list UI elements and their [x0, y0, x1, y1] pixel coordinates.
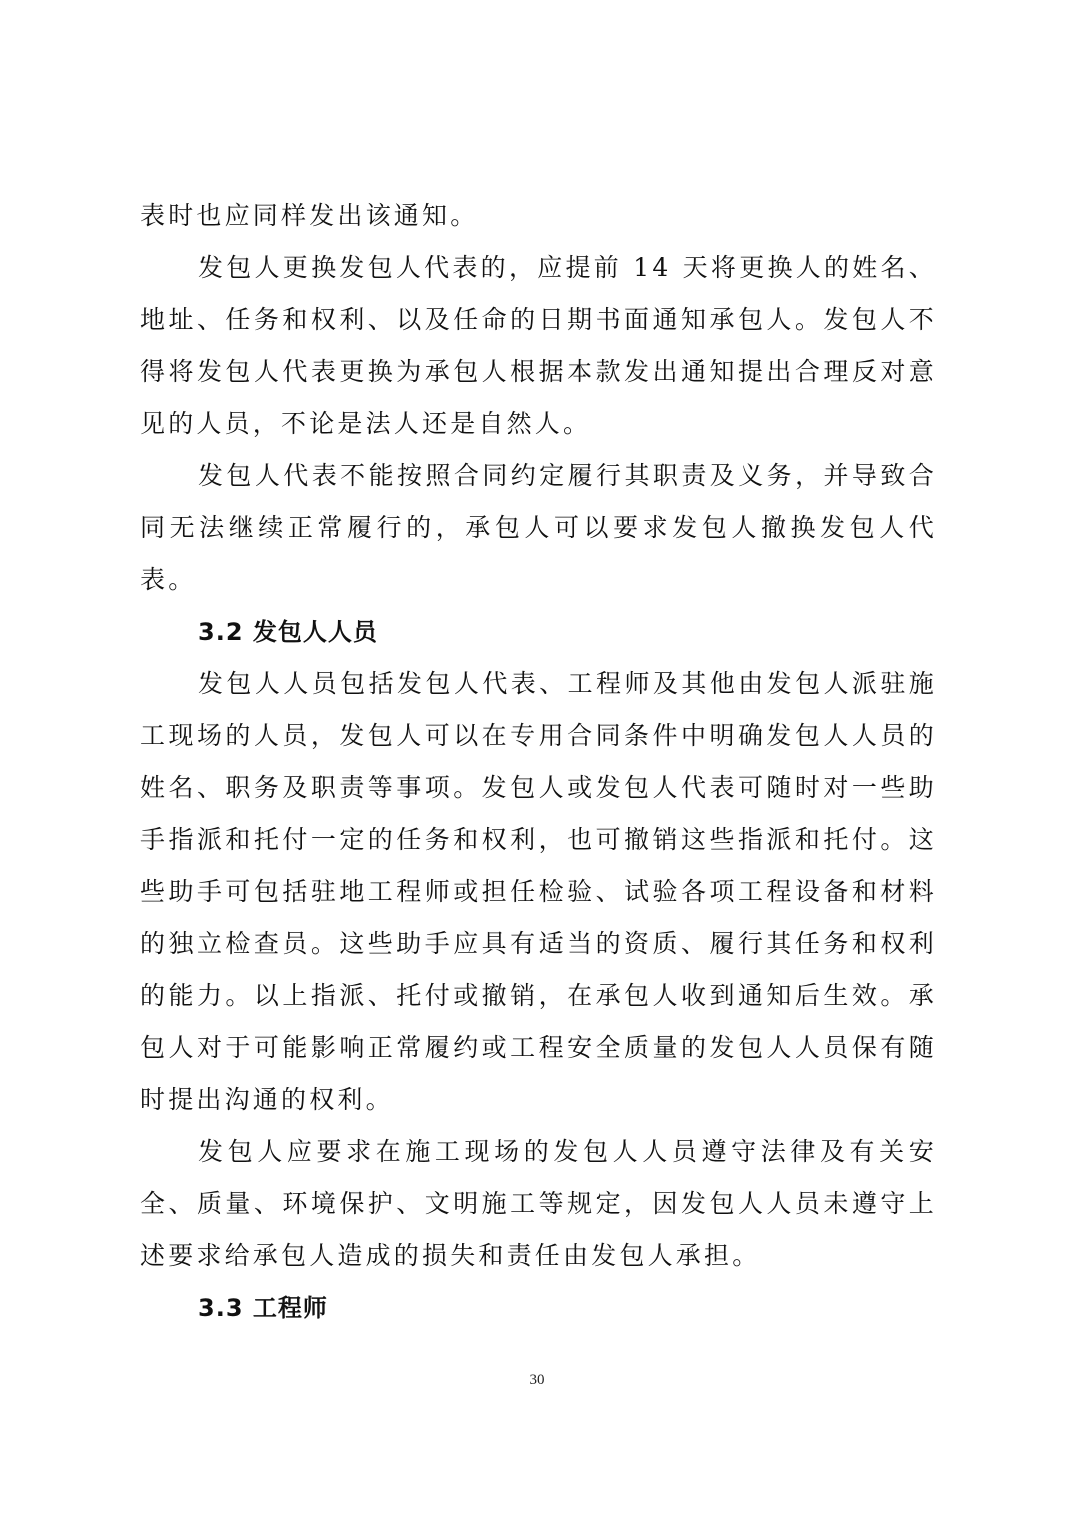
paragraph-replace-representative: 发包人更换发包人代表的，应提前 14 天将更换人的姓名、地址、任务和权利、以及任… — [140, 242, 937, 450]
section-heading-3-3: 3.3 工程师 — [140, 1282, 937, 1334]
paragraph-remove-representative: 发包人代表不能按照合同约定履行其职责及义务，并导致合同无法继续正常履行的，承包人… — [140, 450, 937, 606]
paragraph-continuation: 表时也应同样发出该通知。 — [140, 190, 937, 242]
paragraph-personnel-compliance: 发包人应要求在施工现场的发包人人员遵守法律及有关安全、质量、环境保护、文明施工等… — [140, 1126, 937, 1282]
section-heading-3-2: 3.2 发包人人员 — [140, 606, 937, 658]
paragraph-employer-personnel: 发包人人员包括发包人代表、工程师及其他由发包人派驻施工现场的人员，发包人可以在专… — [140, 658, 937, 1126]
document-page: 表时也应同样发出该通知。 发包人更换发包人代表的，应提前 14 天将更换人的姓名… — [140, 190, 937, 1334]
page-number: 30 — [0, 1372, 1074, 1389]
